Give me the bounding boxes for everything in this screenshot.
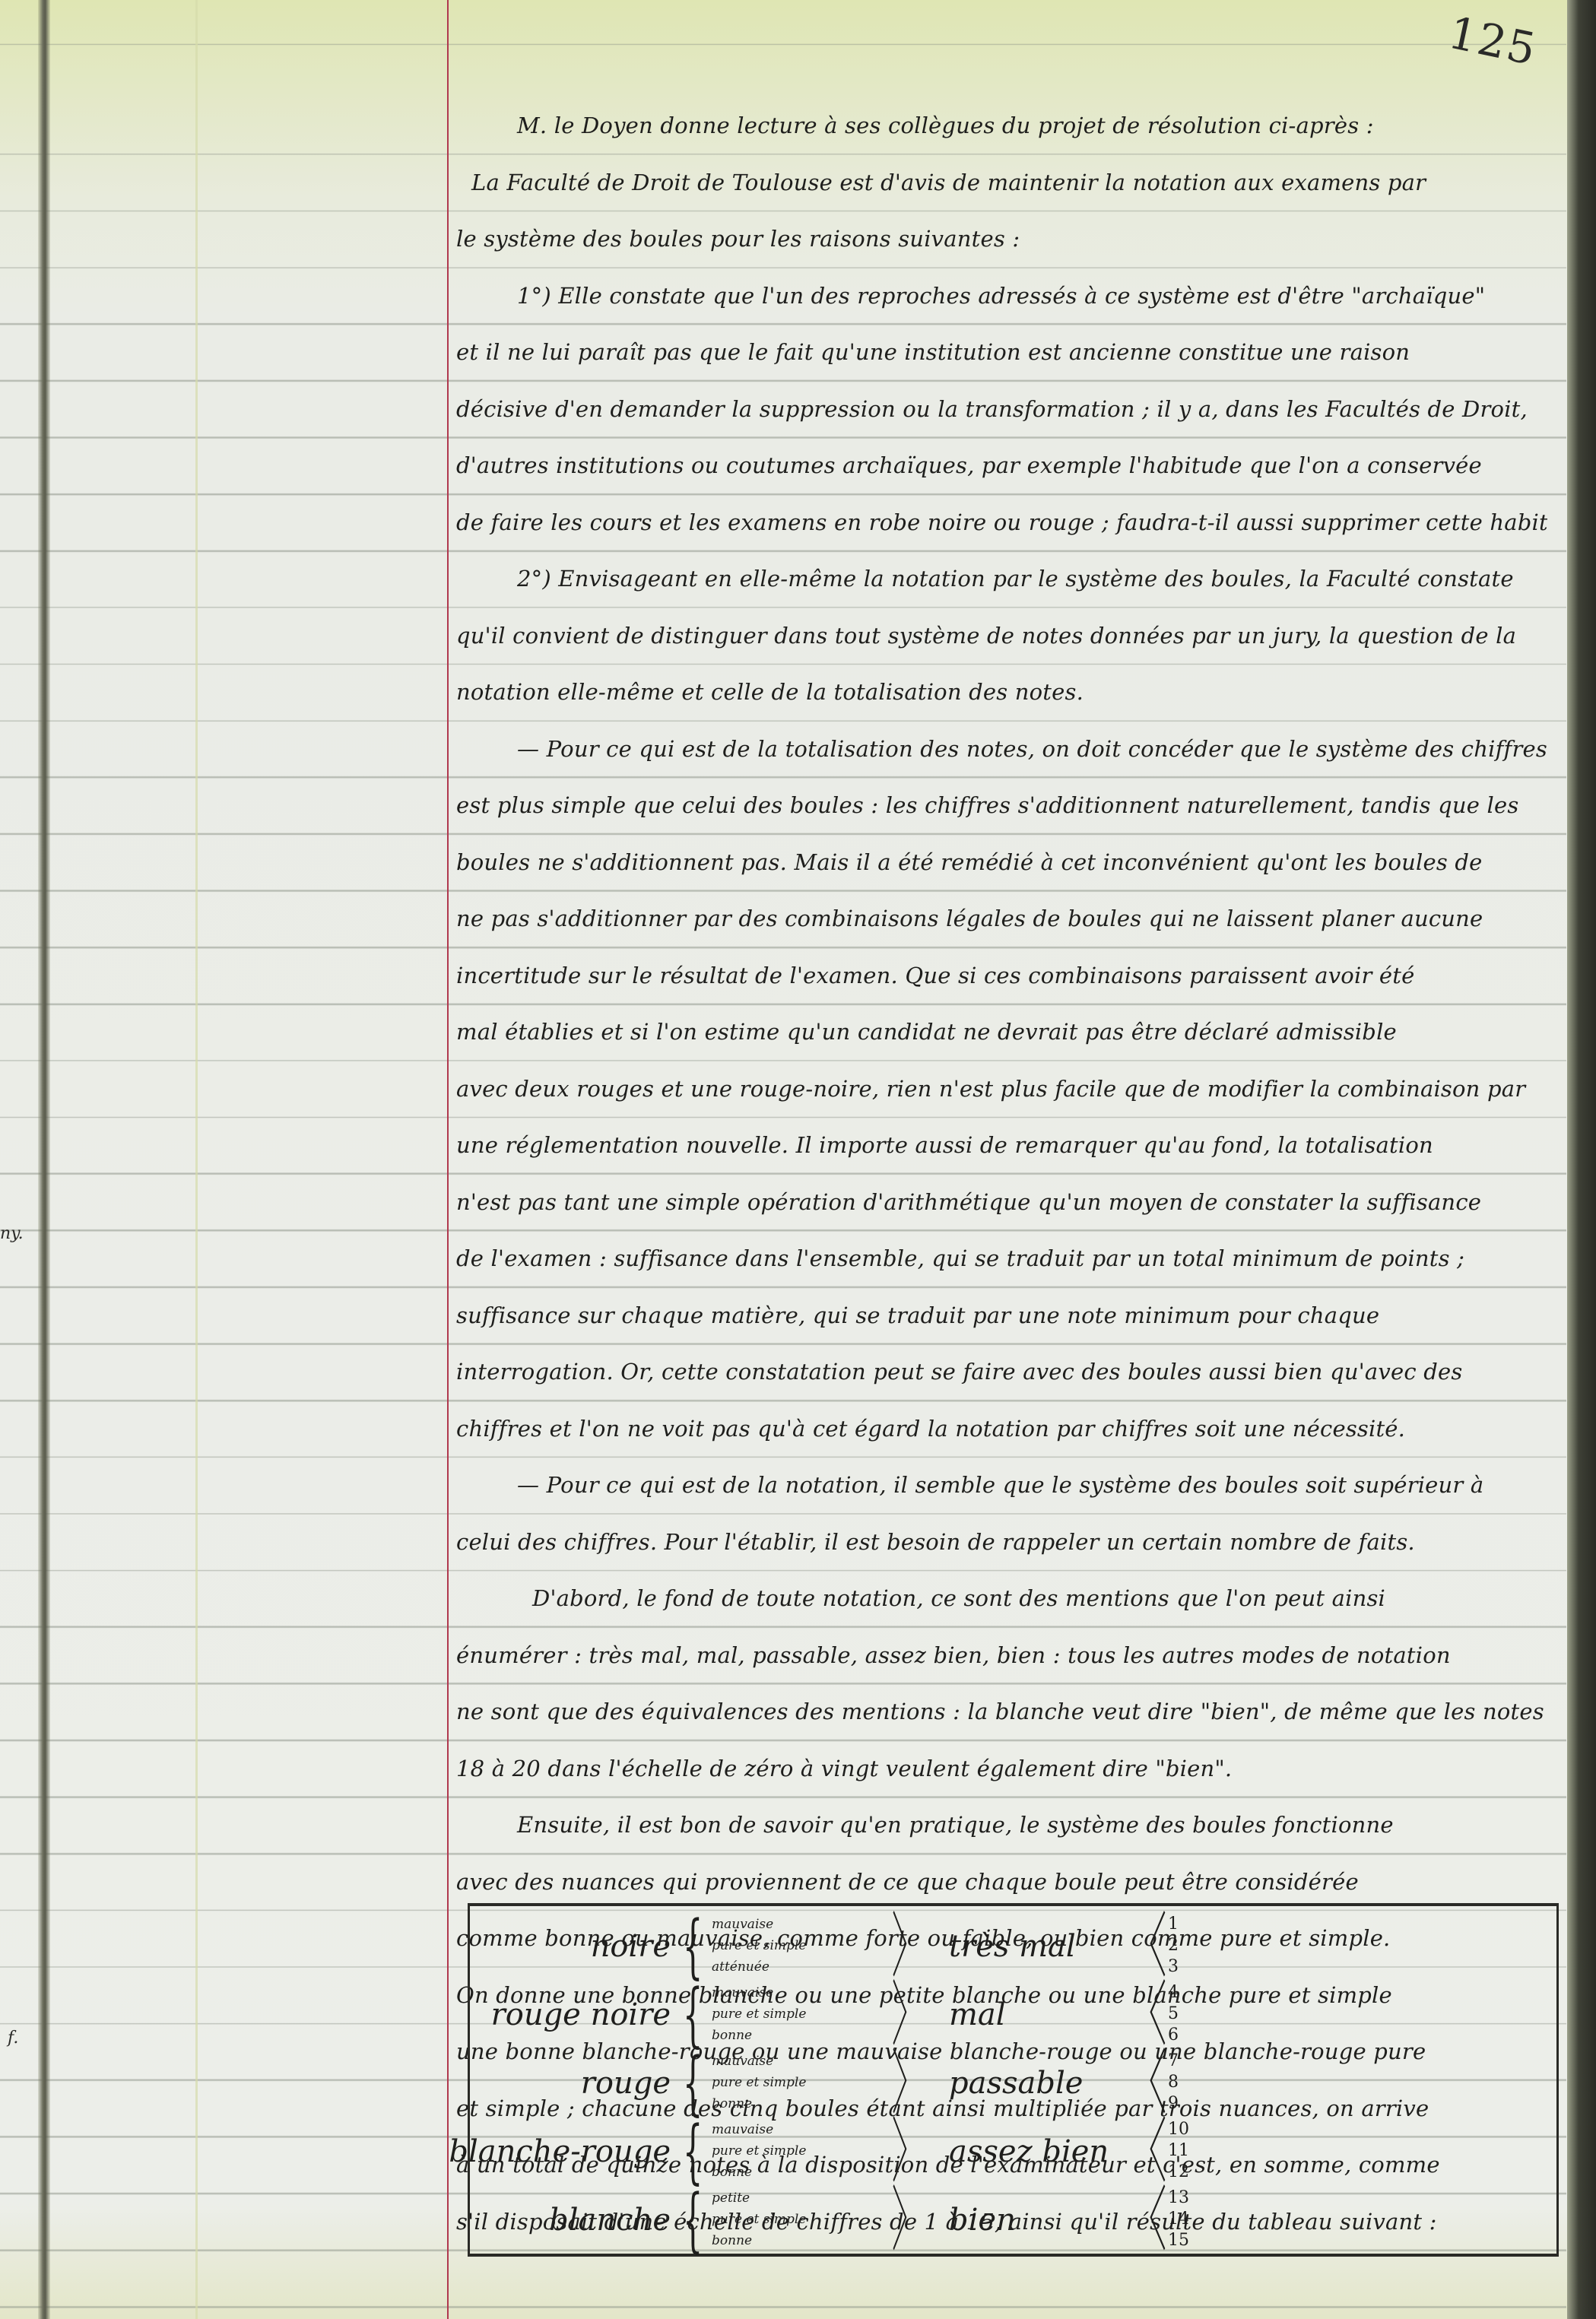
- mention: passable: [949, 2066, 1083, 2101]
- left-brace-icon: {: [683, 2186, 703, 2254]
- text-line: 2°) Envisageant en elle-même la notation…: [456, 550, 1547, 608]
- text-line: le système des boules pour les raisons s…: [456, 211, 1547, 268]
- grade-list: 7 8 9: [1168, 2051, 1179, 2114]
- ball-color: rouge: [581, 2066, 671, 2101]
- mention: assez bien: [949, 2134, 1109, 2169]
- left-brace-icon: {: [683, 2049, 703, 2118]
- text-line: n'est pas tant une simple opération d'ar…: [456, 1174, 1547, 1231]
- nuance-list: mauvaise pure et simple atténuée: [712, 1914, 806, 1978]
- text-line: M. le Doyen donne lecture à ses collègue…: [456, 97, 1547, 154]
- text-line: — Pour ce qui est de la notation, il sem…: [456, 1457, 1547, 1514]
- left-chevron-icon: 〈: [1131, 1981, 1166, 2049]
- text-line: chiffres et l'on ne voit pas qu'à cet ég…: [456, 1401, 1547, 1458]
- text-line: et il ne lui paraît pas que le fait qu'u…: [456, 324, 1547, 381]
- nuance-list: petite pure et simple bonne: [712, 2187, 806, 2251]
- left-brace-icon: {: [683, 1912, 703, 1981]
- text-line: notation elle-même et celle de la totali…: [456, 664, 1547, 721]
- left-brace-icon: {: [683, 2118, 703, 2186]
- table-row: blanche { petite pure et simple bonne 〉 …: [470, 2186, 1556, 2254]
- text-line: de l'examen : suffisance dans l'ensemble…: [456, 1230, 1547, 1287]
- ball-color: blanche-rouge: [449, 2134, 671, 2169]
- left-chevron-icon: 〈: [1131, 2186, 1166, 2254]
- text-line: 18 à 20 dans l'échelle de zéro à vingt v…: [456, 1740, 1547, 1797]
- left-chevron-icon: 〈: [1131, 2118, 1166, 2186]
- table-row: rouge { mauvaise pure et simple bonne 〉 …: [470, 2049, 1556, 2118]
- ledger-page: ny. f. 125 M. le Doyen donne lecture à s…: [0, 0, 1574, 2319]
- left-chevron-icon: 〈: [1131, 2049, 1166, 2118]
- left-column-rule: [195, 0, 198, 2319]
- ball-color: rouge noire: [491, 1997, 671, 2032]
- text-line: La Faculté de Droit de Toulouse est d'av…: [456, 154, 1547, 211]
- right-chevron-icon: 〉: [892, 2118, 923, 2186]
- text-line: d'autres institutions ou coutumes archaï…: [456, 437, 1547, 494]
- text-line: Ensuite, il est bon de savoir qu'en prat…: [456, 1797, 1547, 1854]
- grade-list: 4 5 6: [1168, 1982, 1179, 2046]
- mention: bien: [949, 2203, 1016, 2238]
- text-line: suffisance sur chaque matière, qui se tr…: [456, 1287, 1547, 1344]
- text-line: — Pour ce qui est de la totalisation des…: [456, 721, 1547, 778]
- right-chevron-icon: 〉: [892, 2186, 923, 2254]
- table-row: blanche-rouge { mauvaise pure et simple …: [470, 2118, 1556, 2186]
- grade-list: 1 2 3: [1168, 1914, 1179, 1978]
- nuance-list: mauvaise pure et simple bonne: [712, 2119, 806, 2183]
- text-line: interrogation. Or, cette constatation pe…: [456, 1343, 1547, 1401]
- grade-list: 13 14 15: [1168, 2187, 1189, 2251]
- text-line: décisive d'en demander la suppression ou…: [456, 381, 1547, 438]
- right-chevron-icon: 〉: [892, 2049, 923, 2118]
- nuance-list: mauvaise pure et simple bonne: [712, 1982, 806, 2046]
- ball-color: blanche: [549, 2203, 671, 2238]
- text-line: D'abord, le fond de toute notation, ce s…: [456, 1570, 1547, 1627]
- nuance-list: mauvaise pure et simple bonne: [712, 2051, 806, 2114]
- grading-equivalence-table: noire { mauvaise pure et simple atténuée…: [468, 1903, 1559, 2257]
- table-row: rouge noire { mauvaise pure et simple bo…: [470, 1981, 1556, 2049]
- text-line: est plus simple que celui des boules : l…: [456, 777, 1547, 834]
- text-line: avec des nuances qui proviennent de ce q…: [456, 1854, 1547, 1911]
- text-line: incertitude sur le résultat de l'examen.…: [456, 947, 1547, 1004]
- text-line: 1°) Elle constate que l'un des reproches…: [456, 268, 1547, 325]
- text-line: celui des chiffres. Pour l'établir, il e…: [456, 1514, 1547, 1571]
- red-margin-line: [447, 0, 449, 2319]
- text-line: ne pas s'additionner par des combinaison…: [456, 890, 1547, 947]
- margin-note: ny.: [0, 1224, 24, 1243]
- table-row: noire { mauvaise pure et simple atténuée…: [470, 1912, 1556, 1981]
- binding-fold-line: [38, 0, 50, 2319]
- book-spine-edge: [1567, 0, 1596, 2319]
- text-line: boules ne s'additionnent pas. Mais il a …: [456, 834, 1547, 891]
- left-chevron-icon: 〈: [1131, 1912, 1166, 1981]
- text-line: mal établies et si l'on estime qu'un can…: [456, 1004, 1547, 1061]
- grade-list: 10 11 12: [1168, 2119, 1189, 2183]
- text-line: une réglementation nouvelle. Il importe …: [456, 1117, 1547, 1174]
- text-line: ne sont que des équivalences des mention…: [456, 1683, 1547, 1740]
- text-line: énumérer : très mal, mal, passable, asse…: [456, 1627, 1547, 1684]
- text-line: qu'il convient de distinguer dans tout s…: [456, 608, 1547, 665]
- left-brace-icon: {: [683, 1981, 703, 2049]
- right-chevron-icon: 〉: [892, 1912, 923, 1981]
- mention: très mal: [949, 1929, 1076, 1964]
- right-chevron-icon: 〉: [892, 1981, 923, 2049]
- ball-color: noire: [591, 1929, 671, 1964]
- mention: mal: [949, 1997, 1006, 2032]
- margin-note: f.: [8, 2029, 18, 2048]
- text-line: avec deux rouges et une rouge-noire, rie…: [456, 1061, 1547, 1118]
- text-line: de faire les cours et les examens en rob…: [456, 494, 1547, 551]
